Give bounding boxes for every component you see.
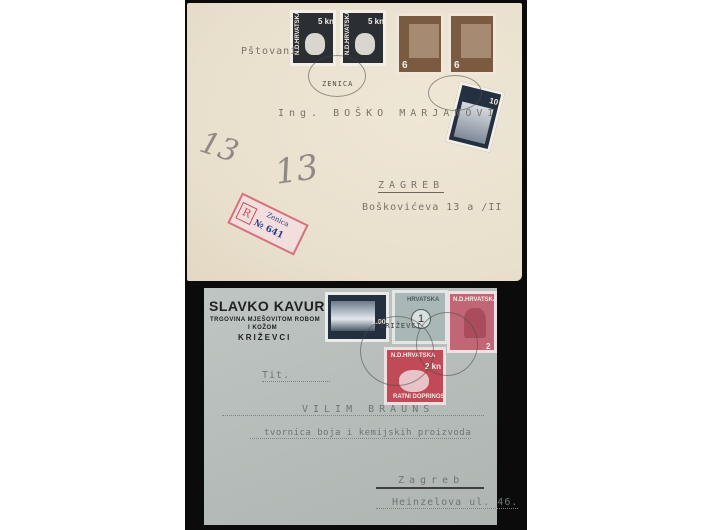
stamp-vignette bbox=[331, 301, 375, 331]
sender-business-line2: I KOŽOM bbox=[248, 324, 277, 332]
salutation-text: Tit. bbox=[262, 370, 330, 382]
recipient-business: tvornica boja i kemijskih proizvoda bbox=[250, 428, 471, 439]
salutation-text: Pštovani bbox=[241, 46, 297, 57]
postmark-zenica-2 bbox=[428, 75, 482, 111]
postmark-krizevci-2 bbox=[416, 312, 478, 376]
recipient-name: Ing. BOŠKO MARJANOVI bbox=[278, 108, 498, 119]
sender-name: SLAVKO KAVUR bbox=[209, 298, 325, 314]
stamp-denomination-text: 2 bbox=[486, 342, 490, 351]
number-sign: № bbox=[252, 218, 265, 231]
stamp-denomination-text: 6 bbox=[402, 60, 408, 71]
postmark-text: KRIŽEVCI bbox=[380, 322, 422, 330]
stamp-denomination-text: 6 bbox=[454, 60, 460, 71]
recipient-name: VILIM BRAUNS bbox=[222, 404, 484, 416]
stamp-portrait bbox=[305, 33, 325, 55]
postmark-zenica-1 bbox=[308, 55, 366, 97]
postmark-text: ZENICA bbox=[322, 80, 353, 88]
recipient-street: Heinzelova ul. 46. bbox=[376, 497, 518, 509]
stamp-country-text: HRVATSKA bbox=[407, 297, 439, 303]
stamp-inscription-text: RATNI DOPRINOS bbox=[393, 394, 445, 400]
stamp-denomination-text: 5 kn bbox=[318, 17, 334, 26]
stamp-denomination-text: 10 bbox=[488, 96, 499, 107]
recipient-city: Zagreb bbox=[376, 475, 484, 489]
stamp-portrait bbox=[355, 33, 375, 55]
stamp-denomination-text: 5 kn bbox=[368, 17, 384, 26]
stamp-landscape-6-1: 6 bbox=[396, 13, 444, 75]
stamp-vignette bbox=[409, 24, 439, 58]
sender-town: KRIŽEVCI bbox=[238, 333, 291, 342]
recipient-street: Boškovićeva 13 a /II bbox=[362, 202, 502, 213]
stamp-vignette bbox=[461, 24, 491, 58]
stamp-landscape-6-2: 6 bbox=[448, 13, 496, 75]
stamp-country-text: N.D.HRVATSKA bbox=[345, 11, 351, 55]
stamp-country-text: N.D.HRVATSKA bbox=[453, 297, 497, 303]
pencil-mark-13-center: 13 bbox=[272, 147, 320, 193]
sender-business-line1: TRGOVINA MJEŠOVITOM ROBOM bbox=[210, 316, 320, 324]
recipient-city: ZAGREB bbox=[378, 180, 444, 193]
